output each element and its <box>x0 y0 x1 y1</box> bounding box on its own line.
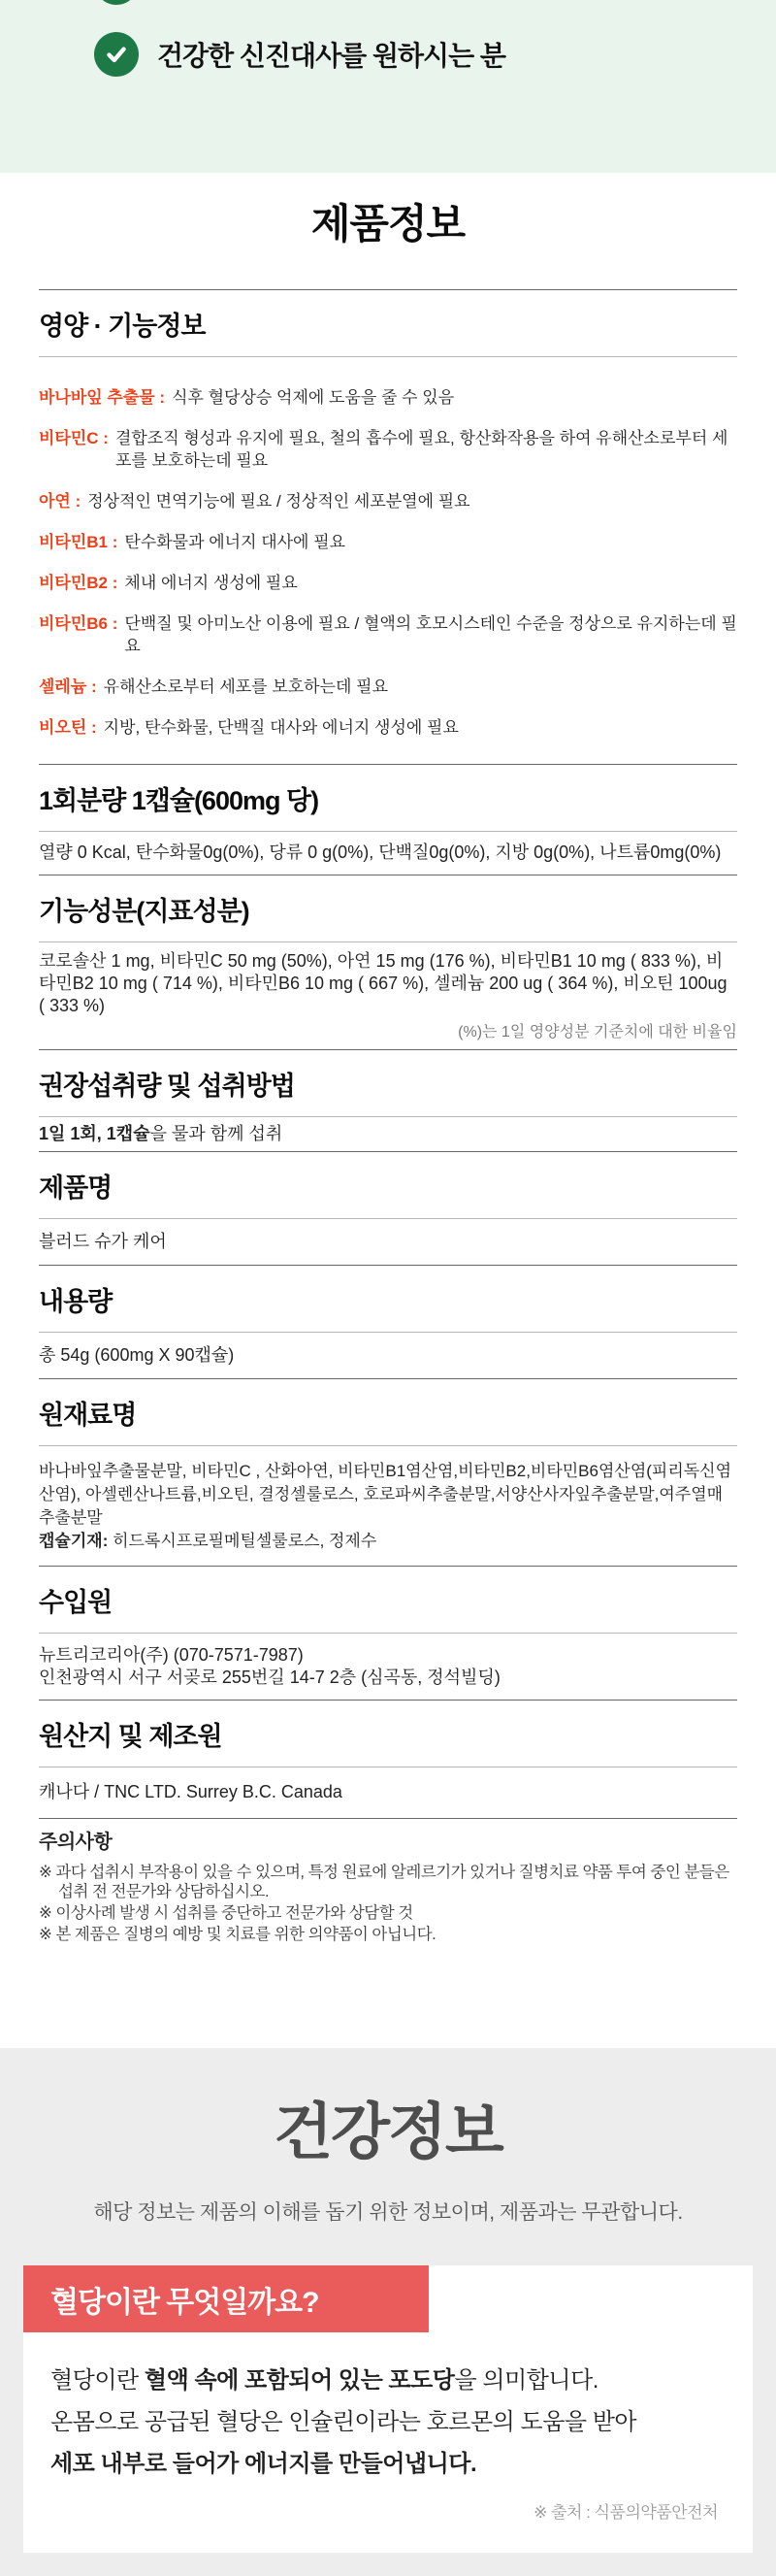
net-content-value: 총 54g (600mg X 90캡슐) <box>39 1333 737 1378</box>
check-icon <box>94 32 139 77</box>
nutrient-row: 셀레늄 :유해산소로부터 세포를 보호하는데 필요 <box>39 676 737 698</box>
section-header: 권장섭취량 및 섭취방법 <box>39 1050 737 1117</box>
card-line-bold: 세포 내부로 들어가 에너지를 만들어냅니다. <box>50 2451 476 2477</box>
origin-value: 캐나다 / TNC LTD. Surrey B.C. Canada <box>39 1767 737 1819</box>
functional-ingredients-body: 코로솔산 1 mg, 비타민C 50 mg (50%), 아연 15 mg (1… <box>39 942 737 1049</box>
nutrient-desc: 지방, 탄수화물, 단백질 대사와 에너지 생성에 필요 <box>104 716 459 739</box>
source-note: ※ 출처 : 식품의약품안전처 <box>50 2502 718 2524</box>
nutrient-desc: 유해산소로부터 세포를 보호하는데 필요 <box>104 676 388 698</box>
section-functional-ingredients: 기능성분(지표성분) 코로솔산 1 mg, 비타민C 50 mg (50%), … <box>39 875 737 1049</box>
directions-text: 1일 1회, 1캡슐을 물과 함께 섭취 <box>39 1117 737 1151</box>
nutrient-desc: 탄수화물과 에너지 대사에 필요 <box>124 531 345 553</box>
card-line-bold: 혈액 속에 포함되어 있는 포도당 <box>145 2367 455 2394</box>
benefit-item: 건강한 신진대사를 원하시는 분 <box>94 32 505 77</box>
check-icon <box>94 0 139 5</box>
blood-sugar-card-header: 혈당이란 무엇일까요? <box>23 2265 429 2332</box>
section-origin-manufacturer: 원산지 및 제조원 캐나다 / TNC LTD. Surrey B.C. Can… <box>39 1700 737 1819</box>
nutrient-label: 비타민C : <box>39 427 109 472</box>
nutrient-desc: 정상적인 면역기능에 필요 / 정상적인 세포분열에 필요 <box>87 490 469 512</box>
nutrient-label: 비오틴 : <box>39 716 97 739</box>
section-serving-size: 1회분량 1캡슐(600mg 당) 열량 0 Kcal, 탄수화물0g(0%),… <box>39 764 737 875</box>
card-line: 세포 내부로 들어가 에너지를 만들어냅니다. <box>50 2443 718 2485</box>
nutrient-desc: 결합조직 형성과 유지에 필요, 철의 흡수에 필요, 항산화작용을 하여 유해… <box>115 427 737 472</box>
card-line: 온몸으로 공급된 혈당은 인슐린이라는 호르몬의 도움을 받아 <box>50 2401 718 2443</box>
health-info-title: 건강정보 <box>0 2098 776 2166</box>
section-header: 수입원 <box>39 1567 737 1634</box>
nutrient-desc: 식후 혈당상승 억제에 도움을 줄 수 있음 <box>172 386 454 409</box>
caution-note: ※ 과다 섭취시 부작용이 있을 수 있으며, 특정 원료에 알레르기가 있거나… <box>39 1863 737 1901</box>
nutrient-row: 비타민B2 :체내 에너지 생성에 필요 <box>39 572 737 594</box>
caution-note: ※ 본 제품은 질병의 예방 및 치료를 위한 의약품이 아닙니다. <box>39 1925 737 1944</box>
card-line-text: 혈당이란 <box>50 2367 145 2394</box>
nutrient-row: 비타민B6 :단백질 및 아미노산 이용에 필요 / 혈액의 호모시스테인 수준… <box>39 612 737 657</box>
card-line: 혈당이란 혈액 속에 포함되어 있는 포도당을 의미합니다. <box>50 2360 718 2401</box>
serving-facts: 열량 0 Kcal, 탄수화물0g(0%), 당류 0 g(0%), 단백질0g… <box>39 832 737 875</box>
section-header: 원산지 및 제조원 <box>39 1701 737 1767</box>
nutrient-row: 바나바잎 추출물 :식후 혈당상승 억제에 도움을 줄 수 있음 <box>39 386 737 409</box>
capsule-material: 캡슐기재: 히드록시프로필메틸셀룰로스, 정제수 <box>39 1530 737 1553</box>
nutrient-desc: 체내 에너지 생성에 필요 <box>124 572 297 594</box>
section-header: 1회분량 1캡슐(600mg 당) <box>39 765 737 832</box>
importer-address: 인천광역시 서구 서곶로 255번길 14-7 2층 (심곡동, 정석빌딩) <box>39 1667 737 1689</box>
directions-rest: 을 물과 함께 섭취 <box>150 1124 283 1143</box>
section-header: 원재료명 <box>39 1379 737 1446</box>
section-header: 기능성분(지표성분) <box>39 875 737 942</box>
product-info-sections: 영양 · 기능정보 바나바잎 추출물 :식후 혈당상승 억제에 도움을 줄 수 … <box>39 289 737 1819</box>
nutrient-label: 비타민B2 : <box>39 572 117 594</box>
nutrient-label: 아연 : <box>39 490 81 512</box>
nutrient-label: 비타민B6 : <box>39 612 117 657</box>
importer-body: 뉴트리코리아(주) (070-7571-7987) 인천광역시 서구 서곶로 2… <box>39 1634 737 1700</box>
nutrient-row: 비타민C :결합조직 형성과 유지에 필요, 철의 흡수에 필요, 항산화작용을… <box>39 427 737 472</box>
health-info-subtitle: 해당 정보는 제품의 이해를 돕기 위한 정보이며, 제품과는 무관합니다. <box>0 2201 776 2225</box>
nutrient-row: 아연 :정상적인 면역기능에 필요 / 정상적인 세포분열에 필요 <box>39 490 737 512</box>
directions-bold: 1일 1회, 1캡슐 <box>39 1124 150 1143</box>
ingredients-list: 바나바잎추출물분말, 비타민C , 산화아연, 비타민B1염산염,비타민B2,비… <box>39 1462 731 1527</box>
section-importer: 수입원 뉴트리코리아(주) (070-7571-7987) 인천광역시 서구 서… <box>39 1566 737 1700</box>
product-detail-page: 건강한 신진대사를 원하시는 분 제품정보 영양 · 기능정보 바나바잎 추출물… <box>0 0 776 2576</box>
capsule-material-text: 히드록시프로필메틸셀룰로스, 정제수 <box>108 1532 376 1550</box>
section-header: 내용량 <box>39 1266 737 1333</box>
product-name-value: 블러드 슈가 케어 <box>39 1219 737 1265</box>
ingredients-body: 바나바잎추출물분말, 비타민C , 산화아연, 비타민B1염산염,비타민B2,비… <box>39 1446 737 1566</box>
section-header: 영양 · 기능정보 <box>39 290 737 357</box>
functional-ingredients-text: 코로솔산 1 mg, 비타민C 50 mg (50%), 아연 15 mg (1… <box>39 950 737 1017</box>
nutrient-desc: 단백질 및 아미노산 이용에 필요 / 혈액의 호모시스테인 수준을 정상으로 … <box>124 612 737 657</box>
card-line-text: 을 의미합니다. <box>454 2367 598 2394</box>
blood-sugar-card-body: 혈당이란 혈액 속에 포함되어 있는 포도당을 의미합니다. 온몸으로 공급된 … <box>23 2332 753 2553</box>
blood-sugar-card: 혈당이란 무엇일까요? 혈당이란 혈액 속에 포함되어 있는 포도당을 의미합니… <box>23 2265 753 2553</box>
nutrition-items: 바나바잎 추출물 :식후 혈당상승 억제에 도움을 줄 수 있음 비타민C :결… <box>39 357 737 764</box>
daily-value-note: (%)는 1일 영양성분 기준치에 대한 비율임 <box>39 1023 737 1042</box>
nutrient-row: 비오틴 :지방, 탄수화물, 단백질 대사와 에너지 생성에 필요 <box>39 716 737 739</box>
caution-note: ※ 이상사례 발생 시 섭취를 중단하고 전문가와 상담할 것 <box>39 1903 737 1923</box>
page-title: 제품정보 <box>0 173 776 248</box>
section-ingredients: 원재료명 바나바잎추출물분말, 비타민C , 산화아연, 비타민B1염산염,비타… <box>39 1378 737 1566</box>
capsule-material-label: 캡슐기재: <box>39 1532 108 1550</box>
card-line-text: 온몸으로 공급된 혈당은 인슐린이라는 호르몬의 도움을 받아 <box>50 2409 636 2435</box>
section-header: 제품명 <box>39 1152 737 1219</box>
nutrient-label: 셀레늄 : <box>39 676 97 698</box>
caution-header: 주의사항 <box>39 1831 737 1854</box>
section-product-name: 제품명 블러드 슈가 케어 <box>39 1151 737 1265</box>
section-nutrition-function: 영양 · 기능정보 바나바잎 추출물 :식후 혈당상승 억제에 도움을 줄 수 … <box>39 289 737 764</box>
health-info-section: 건강정보 해당 정보는 제품의 이해를 돕기 위한 정보이며, 제품과는 무관합… <box>0 2048 776 2576</box>
section-directions: 권장섭취량 및 섭취방법 1일 1회, 1캡슐을 물과 함께 섭취 <box>39 1049 737 1151</box>
caution-section: 주의사항 ※ 과다 섭취시 부작용이 있을 수 있으며, 특정 원료에 알레르기… <box>39 1819 737 2048</box>
nutrient-label: 비타민B1 : <box>39 531 117 553</box>
nutrient-label: 바나바잎 추출물 : <box>39 386 165 409</box>
benefit-label: 건강한 신진대사를 원하시는 분 <box>157 35 505 74</box>
importer-name: 뉴트리코리아(주) (070-7571-7987) <box>39 1644 737 1667</box>
section-net-content: 내용량 총 54g (600mg X 90캡슐) <box>39 1265 737 1378</box>
benefit-banner: 건강한 신진대사를 원하시는 분 <box>0 0 776 173</box>
nutrient-row: 비타민B1 :탄수화물과 에너지 대사에 필요 <box>39 531 737 553</box>
